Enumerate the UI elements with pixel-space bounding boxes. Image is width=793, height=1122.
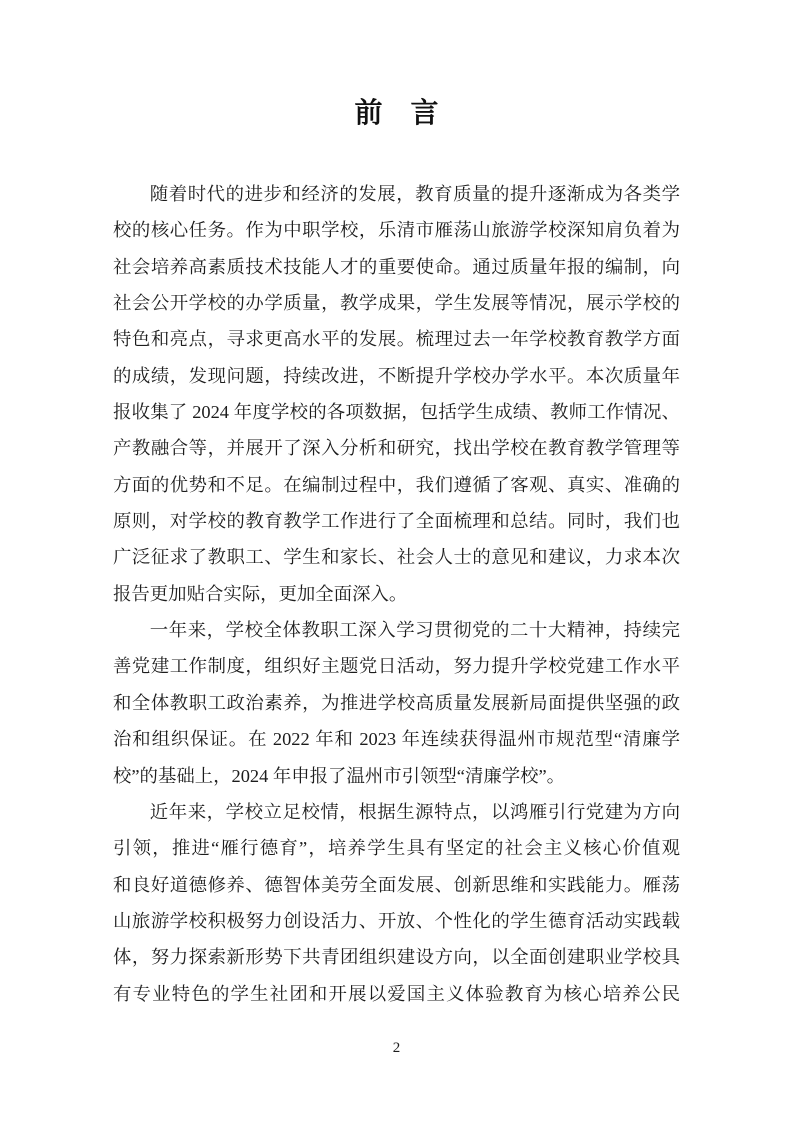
text-line: 广泛征求了教职工、学生和家长、社会人士的意见和建议，力求本次 [113,539,680,575]
text-line: 善党建工作制度，组织好主题党日活动，努力提升学校党建工作水平 [113,648,680,684]
text-line: 一年来，学校全体教职工深入学习贯彻党的二十大精神，持续完 [113,612,680,648]
text-line: 校”的基础上，2024 年申报了温州市引领型“清廉学校”。 [113,758,680,794]
text-line: 校的核心任务。作为中职学校，乐清市雁荡山旅游学校深知肩负着为 [113,212,680,248]
text-line: 体，努力探索新形势下共青团组织建设方向，以全面创建职业学校具 [113,939,680,975]
text-line: 随着时代的进步和经济的发展，教育质量的提升逐渐成为各类学 [113,176,680,212]
text-line: 治和组织保证。在 2022 年和 2023 年连续获得温州市规范型“清廉学 [113,721,680,757]
page-title: 前 言 [0,98,793,130]
paragraph-2: 一年来，学校全体教职工深入学习贯彻党的二十大精神，持续完 善党建工作制度，组织好… [113,612,680,794]
text-line: 社会公开学校的办学质量，教学成果，学生发展等情况，展示学校的 [113,285,680,321]
page-number: 2 [0,1040,793,1057]
text-line: 报收集了 2024 年度学校的各项数据，包括学生成绩、教师工作情况、 [113,394,680,430]
text-line: 近年来，学校立足校情，根据生源特点，以鸿雁引行党建为方向 [113,794,680,830]
paragraph-1: 随着时代的进步和经济的发展，教育质量的提升逐渐成为各类学 校的核心任务。作为中职… [113,176,680,612]
text-line: 原则，对学校的教育教学工作进行了全面梳理和总结。同时，我们也 [113,503,680,539]
text-line: 产教融合等，并展开了深入分析和研究，找出学校在教育教学管理等 [113,430,680,466]
document-body: 随着时代的进步和经济的发展，教育质量的提升逐渐成为各类学 校的核心任务。作为中职… [113,176,680,1012]
text-line: 社会培养高素质技术技能人才的重要使命。通过质量年报的编制，向 [113,249,680,285]
text-line: 和良好道德修养、德智体美劳全面发展、创新思维和实践能力。雁荡 [113,867,680,903]
text-line: 山旅游学校积极努力创设活力、开放、个性化的学生德育活动实践载 [113,903,680,939]
text-line: 的成绩，发现问题，持续改进，不断提升学校办学水平。本次质量年 [113,358,680,394]
text-line: 和全体教职工政治素养，为推进学校高质量发展新局面提供坚强的政 [113,685,680,721]
paragraph-3: 近年来，学校立足校情，根据生源特点，以鸿雁引行党建为方向 引领，推进“雁行德育”… [113,794,680,1012]
text-line: 方面的优势和不足。在编制过程中，我们遵循了客观、真实、准确的 [113,467,680,503]
text-line: 有专业特色的学生社团和开展以爱国主义体验教育为核心培养公民 [113,976,680,1012]
text-line: 特色和亮点，寻求更高水平的发展。梳理过去一年学校教育教学方面 [113,321,680,357]
document-page: 前 言 随着时代的进步和经济的发展，教育质量的提升逐渐成为各类学 校的核心任务。… [0,0,793,1122]
text-line: 引领，推进“雁行德育”，培养学生具有坚定的社会主义核心价值观 [113,830,680,866]
text-line: 报告更加贴合实际，更加全面深入。 [113,576,680,612]
